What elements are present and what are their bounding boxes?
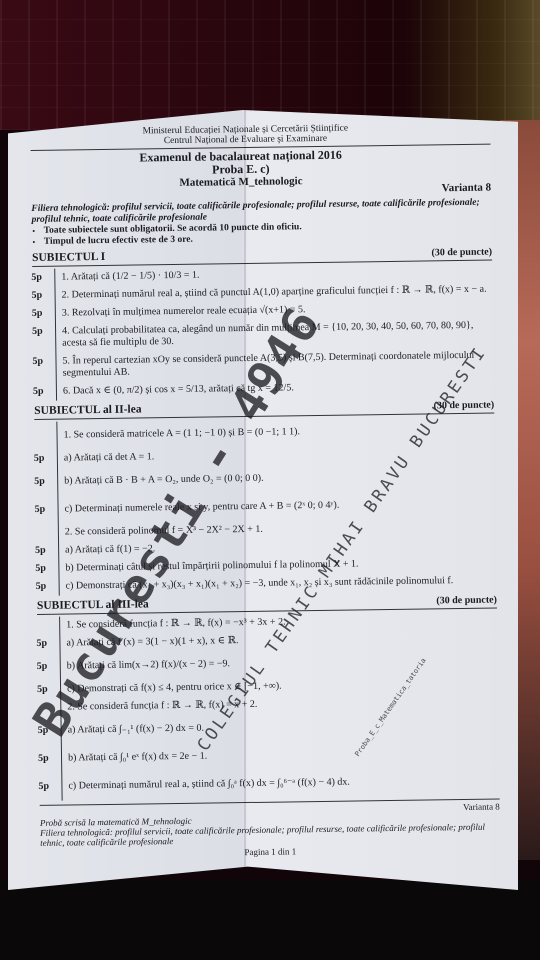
question-text: c) Determinați numerele reale x și y, pe…: [64, 500, 339, 516]
question-points: 5p: [34, 453, 45, 465]
question-text: b) Arătați că B · B + A = O₂, unde O₂ = …: [64, 473, 264, 488]
question-text: a) Arătați că f(1) = −2.: [65, 543, 155, 556]
question-text: b) Arătați că lim(x→2) f(x)/(x − 2) = −9…: [67, 658, 230, 672]
question-text: c) Demonstrați că f(x) ≤ 4, pentru orice…: [67, 681, 282, 696]
question-points: 5p: [31, 272, 42, 284]
sections-container: SUBIECTUL I (30 de puncte)5p 1. Arătați …: [32, 246, 500, 801]
question-points: 5p: [38, 725, 49, 737]
question-list: 1. Se consideră funcția f : ℝ → ℝ, f(x) …: [59, 611, 500, 801]
question-text: 1. Se consideră funcția f : ℝ → ℝ, f(x) …: [66, 616, 286, 631]
question-points: 5p: [37, 684, 48, 696]
section-points: (30 de puncte): [436, 595, 497, 607]
question-points: 5p: [35, 545, 46, 557]
question-text: 1. Arătați că (1/2 − 1/5) · 10/3 = 1.: [61, 270, 199, 284]
question-text: a) Arătați că f′(x) = 3(1 − x)(1 + x), x…: [66, 635, 238, 649]
question-text: 3. Rezolvați în mulțimea numerelor reale…: [62, 304, 306, 319]
question-points: 5p: [32, 326, 43, 338]
question-points: 5p: [32, 356, 43, 368]
question-text: c) Demonstrați că (x₂ + x₃)(x₃ + x₁)(x₁ …: [66, 575, 454, 592]
question-text: b) Arătați că ∫₀¹ eˣ f(x) dx = 2e − 1.: [68, 751, 207, 765]
question-text: 5. În reperul cartezian xOy se consideră…: [62, 350, 493, 380]
question-item: 5p c) Determinați numărul real a, știind…: [62, 767, 499, 801]
paper-content: Ministerul Educației Naționale și Cercet…: [30, 104, 500, 860]
question-text: 4. Calculați probabilitatea ca, alegând …: [62, 320, 493, 350]
question-text: 1. Se consideră matricele A = (1 1; −1 0…: [63, 426, 300, 441]
background-floor: [0, 880, 540, 960]
question-points: 5p: [32, 308, 43, 320]
exam-paper: Ministerul Educației Naționale și Cercet…: [8, 110, 518, 890]
variant-label: Varianta 8: [442, 182, 492, 195]
question-text: a) Arătați că ∫₋₁¹ (f(x) − 2) dx = 0.: [68, 723, 204, 737]
question-text: 2. Se consideră funcția f : ℝ → ℝ, f(x) …: [67, 699, 257, 714]
section-points: (30 de puncte): [434, 400, 495, 412]
question-list: 5p 1. Arătați că (1/2 − 1/5) · 10/3 = 1.…: [54, 263, 494, 401]
question-points: 5p: [37, 661, 48, 673]
question-points: 5p: [32, 290, 43, 302]
question-points: 5p: [36, 581, 47, 593]
section-title: SUBIECTUL al II-lea: [34, 403, 142, 416]
section-title: SUBIECTUL al III-lea: [37, 598, 149, 612]
question-text: 2. Se consideră polinomul f = X³ − 2X² −…: [65, 524, 263, 539]
question-points: 5p: [38, 781, 49, 793]
question-points: 5p: [38, 753, 49, 765]
question-list: 1. Se consideră matricele A = (1 1; −1 0…: [56, 416, 496, 596]
question-points: 5p: [36, 638, 47, 650]
question-text: c) Determinați numărul real a, știind că…: [68, 777, 350, 793]
question-points: 5p: [33, 386, 44, 398]
page-footer: Varianta 8 Probă scrisă la matematică M_…: [40, 799, 501, 860]
section-points: (30 de puncte): [431, 247, 492, 259]
question-text: a) Arătați că det A = 1.: [64, 451, 155, 464]
question-points: 5p: [35, 504, 46, 516]
question-text: 6. Dacă x ∈ (0, π/2) și cos x = 5/13, ar…: [63, 382, 294, 397]
background-fabric: [0, 0, 540, 130]
question-points: 5p: [35, 563, 46, 575]
section-title: SUBIECTUL I: [32, 251, 105, 264]
question-points: 5p: [34, 476, 45, 488]
question-text: b) Determinați câtul și restul împărțiri…: [65, 558, 358, 574]
